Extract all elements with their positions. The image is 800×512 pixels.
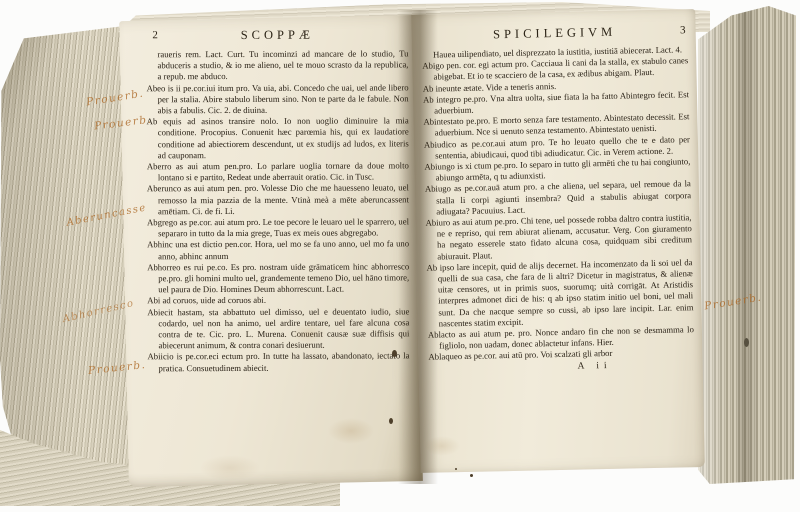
left-page-header: 2 SCOPPÆ bbox=[146, 27, 408, 46]
dictionary-entry: Abeo is ii pe.cor.iui itum pro. Va uia, … bbox=[147, 82, 409, 117]
right-running-title: SPICILEGIVM bbox=[422, 23, 688, 44]
right-page-number: 3 bbox=[680, 24, 686, 36]
left-page-content: 2 SCOPPÆ raueris rem. Lact. Curt. Tu inc… bbox=[146, 27, 409, 374]
left-page: 2 SCOPPÆ raueris rem. Lact. Curt. Tu inc… bbox=[119, 15, 423, 487]
left-page-text: raueris rem. Lact. Curt. Tu incominzi ad… bbox=[146, 48, 409, 374]
dictionary-entry: Abiecit hastam, sta abbattuto uel dimiss… bbox=[147, 306, 409, 352]
book-photograph: 2 SCOPPÆ raueris rem. Lact. Curt. Tu inc… bbox=[0, 0, 800, 512]
wormhole bbox=[470, 474, 473, 477]
dictionary-entry: Abhorreo es rui pe.co. Es pro. nostram u… bbox=[147, 261, 409, 296]
dictionary-entry: Abi ad coruos, uide ad coruos abi. bbox=[147, 295, 409, 307]
right-fore-edge bbox=[698, 6, 796, 484]
dictionary-entry: Abiugo as pe.cor.auā atum pro. a che ali… bbox=[425, 179, 692, 218]
dictionary-entry: Aberunco as aui atum pen. pro. Volesse D… bbox=[147, 183, 409, 218]
dictionary-entry: Abgrego as pe.cor. aui atum pro. Le toe … bbox=[147, 216, 409, 239]
dictionary-entry: Abhinc una est dictio pen.cor. Hora, uel… bbox=[147, 239, 409, 262]
right-page: SPICILEGIVM 3 Hauea uilipendiato, uel di… bbox=[411, 9, 705, 473]
dictionary-entry: Aberro as aui atum pen.pro. Lo parlare u… bbox=[147, 160, 409, 183]
dictionary-entry: Ab ipso lare incepit, quid de alijs dece… bbox=[426, 257, 693, 330]
dictionary-entry: Ab equis ad asinos transire nolo. Io non… bbox=[147, 116, 409, 162]
dictionary-entry: Abiicio is pe.cor.eci ectum pro. In tutt… bbox=[147, 351, 409, 374]
right-page-text: Hauea uilipendiato, uel disprezzato la i… bbox=[422, 44, 695, 363]
dictionary-entry: raueris rem. Lact. Curt. Tu incominzi ad… bbox=[146, 48, 408, 83]
dictionary-entry: Abiuro as aui atum pe.pro. Chi tene, uel… bbox=[425, 212, 692, 262]
left-running-title: SCOPPÆ bbox=[146, 27, 408, 43]
right-page-header: SPICILEGIVM 3 bbox=[422, 23, 688, 47]
right-page-content: SPICILEGIVM 3 Hauea uilipendiato, uel di… bbox=[422, 23, 695, 374]
